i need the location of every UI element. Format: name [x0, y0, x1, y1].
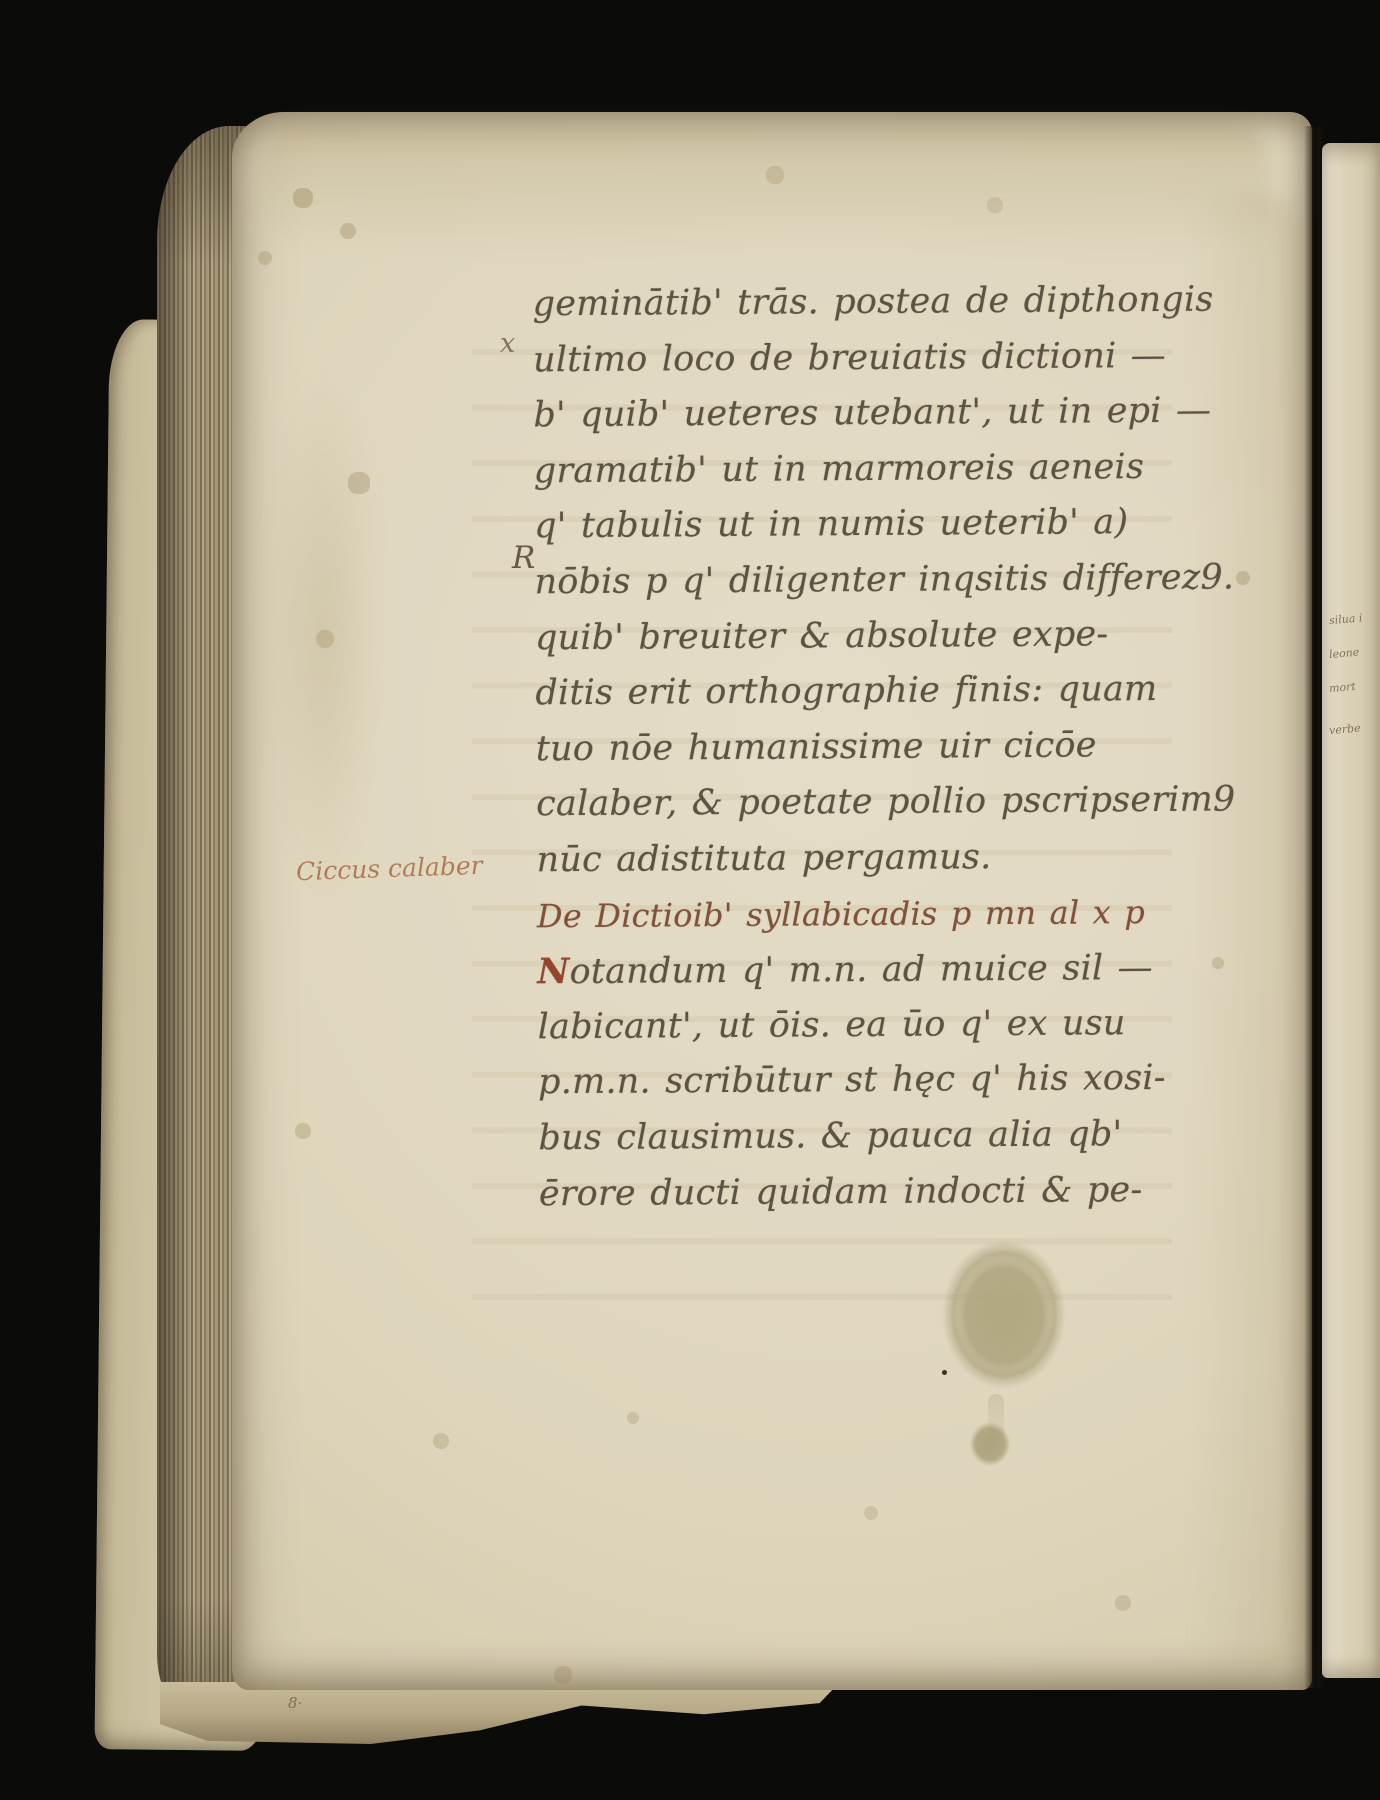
- manuscript-line: q' tabulis ut in numis ueterib' a): [534, 503, 1128, 547]
- margin-note-red: Ciccus calaber: [296, 851, 483, 886]
- line-text: calaber, & poetate pollio pscripserim9: [536, 780, 1236, 825]
- line-text: quib' breuiter & absolute expe-: [535, 614, 1109, 658]
- text-block: geminātib' trās. postea de dipthongisult…: [533, 280, 1200, 1285]
- manuscript-line: tuo nōe humanissime uir cicōe: [536, 725, 1097, 769]
- manuscript-line: labicant', ut ōis. ea ūo q' ex usu: [538, 1003, 1126, 1047]
- foxing-wash-top: [262, 122, 1272, 252]
- line-text: bus clausimus. & pauca alia qb': [538, 1114, 1122, 1158]
- bottom-edge-mark: 8·: [288, 1694, 302, 1712]
- line-text: nūc adistituta pergamus.: [536, 837, 991, 880]
- line-text: ditis erit orthographie finis: quam: [535, 669, 1157, 713]
- manuscript-line: Notandum q' m.n. ad muice sil —: [537, 947, 1153, 992]
- line-text: labicant', ut ōis. ea ūo q' ex usu: [538, 1003, 1126, 1047]
- line-text: ultimo loco de breuiatis dictioni —: [533, 335, 1166, 379]
- line-text: q' tabulis ut in numis ueterib' a): [534, 503, 1128, 547]
- manuscript-line: De Dictioib' syllabicadis p mn al x p: [537, 892, 1145, 936]
- line-text: gramatib' ut in marmoreis aeneis: [534, 447, 1144, 491]
- rubricated-initial: N: [537, 951, 569, 992]
- manuscript-line: b' quib' ueteres utebant', ut in epi —: [533, 391, 1211, 436]
- manuscript-line: bus clausimus. & pauca alia qb': [538, 1114, 1122, 1158]
- line-text: otandum q' m.n. ad muice sil —: [569, 948, 1153, 992]
- manuscript-page: x R Ciccus calaber geminātib' trās. post…: [232, 112, 1312, 1690]
- line-text: p.m.n. scribūtur st hęc q' his xosi-: [538, 1058, 1166, 1102]
- facing-page-edge: silua ileonemortverbe: [1322, 143, 1380, 1678]
- bottom-leaf-edges: [160, 1682, 840, 1744]
- edge-note: verbe: [1329, 720, 1380, 737]
- manuscript-photo: x R Ciccus calaber geminātib' trās. post…: [0, 0, 1380, 1800]
- rubric-text: De Dictioib' syllabicadis p mn al x p: [537, 893, 1145, 935]
- manuscript-line: ditis erit orthographie finis: quam: [535, 669, 1157, 713]
- edge-note: silua i: [1329, 610, 1380, 627]
- line-text: tuo nōe humanissime uir cicōe: [536, 725, 1097, 769]
- manuscript-line: nūc adistituta pergamus.: [536, 837, 991, 880]
- manuscript-line: ultimo loco de breuiatis dictioni —: [533, 335, 1166, 379]
- line-text: b' quib' ueteres utebant', ut in epi —: [533, 391, 1211, 436]
- line-text: ērore ducti quidam indocti & pe-: [539, 1170, 1143, 1214]
- parchment-spots: [232, 112, 238, 118]
- ink-stain-drop: [966, 1418, 1014, 1470]
- line-text: nōbis p q' diligenter inqsitis differez9…: [534, 557, 1234, 602]
- manuscript-line: p.m.n. scribūtur st hęc q' his xosi-: [538, 1058, 1166, 1102]
- manuscript-line: calaber, & poetate pollio pscripserim9: [536, 780, 1236, 825]
- manuscript-line: geminātib' trās. postea de dipthongis: [533, 280, 1214, 325]
- margin-x-mark: x: [500, 328, 515, 359]
- manuscript-line: gramatib' ut in marmoreis aeneis: [534, 447, 1144, 491]
- manuscript-line: quib' breuiter & absolute expe-: [535, 614, 1109, 658]
- edge-note: leone: [1329, 644, 1380, 661]
- ink-speck: [942, 1370, 947, 1375]
- manuscript-line: nōbis p q' diligenter inqsitis differez9…: [534, 557, 1234, 602]
- margin-insertion-mark: R: [512, 540, 535, 576]
- line-text: geminātib' trās. postea de dipthongis: [533, 280, 1214, 325]
- manuscript-line: ērore ducti quidam indocti & pe-: [539, 1170, 1143, 1214]
- foxing-wash-left: [262, 372, 382, 892]
- edge-note: mort: [1329, 678, 1380, 695]
- page-gutter-shadow: [1304, 126, 1324, 1688]
